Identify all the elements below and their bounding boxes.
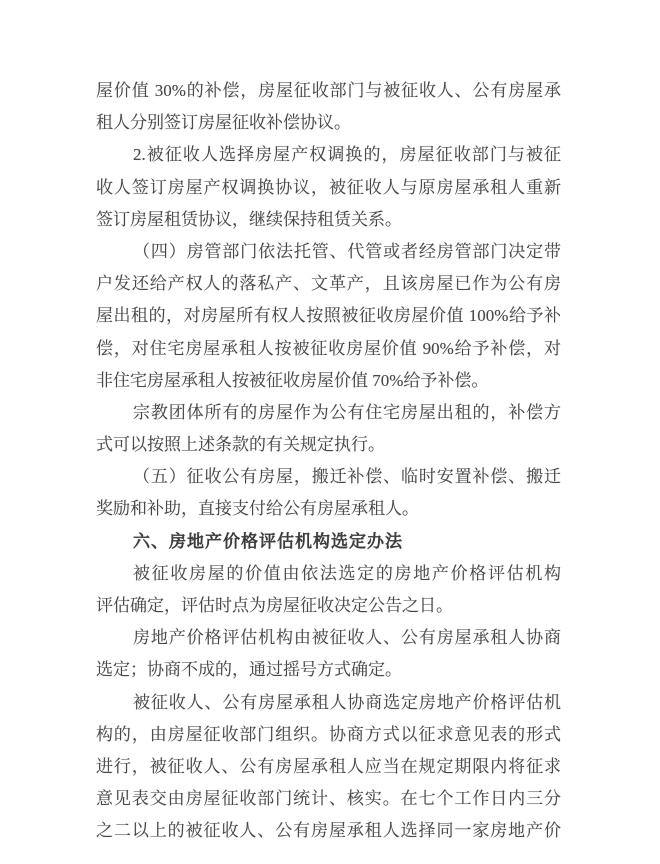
text-line: 意见表交由房屋征收部门统计、核实。在七个工作日内三分: [96, 783, 561, 815]
text-line: 签订房屋租赁协议，继续保持租赁关系。: [96, 204, 561, 236]
document-text: 屋价值 30%的补偿，房屋征收部门与被征收人、公有房屋承 租人分别签订房屋征收补…: [96, 75, 561, 848]
text-line: （四）房管部门依法托管、代管或者经房管部门决定带: [96, 236, 561, 268]
text-line: 之二以上的被征收人、公有房屋承租人选择同一家房地产价: [96, 815, 561, 847]
text-line: 式可以按照上述条款的有关规定执行。: [96, 429, 561, 461]
section-heading: 六、房地产价格评估机构选定办法: [96, 526, 561, 558]
text-line: （五）征收公有房屋，搬迁补偿、临时安置补偿、搬迁: [96, 461, 561, 493]
text-line: 租人分别签订房屋征收补偿协议。: [96, 107, 561, 139]
text-line: 户发还给产权人的落私产、文革产，且该房屋已作为公有房: [96, 268, 561, 300]
text-line: 非住宅房屋承租人按被征收房屋价值 70%给予补偿。: [96, 365, 561, 397]
text-line: 被征收房屋的价值由依法选定的房地产价格评估机构: [96, 558, 561, 590]
text-line: 偿，对住宅房屋承租人按被征收房屋价值 90%给予补偿，对: [96, 333, 561, 365]
text-line: 2.被征收人选择房屋产权调换的，房屋征收部门与被征: [96, 139, 561, 171]
text-line: 奖励和补助，直接支付给公有房屋承租人。: [96, 493, 561, 525]
text-line: 宗教团体所有的房屋作为公有住宅房屋出租的，补偿方: [96, 397, 561, 429]
text-line: 房地产价格评估机构由被征收人、公有房屋承租人协商: [96, 622, 561, 654]
text-line: 收人签订房屋产权调换协议，被征收人与原房屋承租人重新: [96, 172, 561, 204]
text-line: 构的，由房屋征收部门组织。协商方式以征求意见表的形式: [96, 719, 561, 751]
text-line: 选定；协商不成的，通过摇号方式确定。: [96, 654, 561, 686]
text-line: 屋出租的，对房屋所有权人按照被征收房屋价值 100%给予补: [96, 300, 561, 332]
text-line: 被征收人、公有房屋承租人协商选定房地产价格评估机: [96, 687, 561, 719]
document-page: 屋价值 30%的补偿，房屋征收部门与被征收人、公有房屋承 租人分别签订房屋征收补…: [0, 0, 660, 864]
text-line: 屋价值 30%的补偿，房屋征收部门与被征收人、公有房屋承: [96, 75, 561, 107]
text-line: 进行，被征收人、公有房屋承租人应当在规定期限内将征求: [96, 751, 561, 783]
text-line: 评估确定，评估时点为房屋征收决定公告之日。: [96, 590, 561, 622]
